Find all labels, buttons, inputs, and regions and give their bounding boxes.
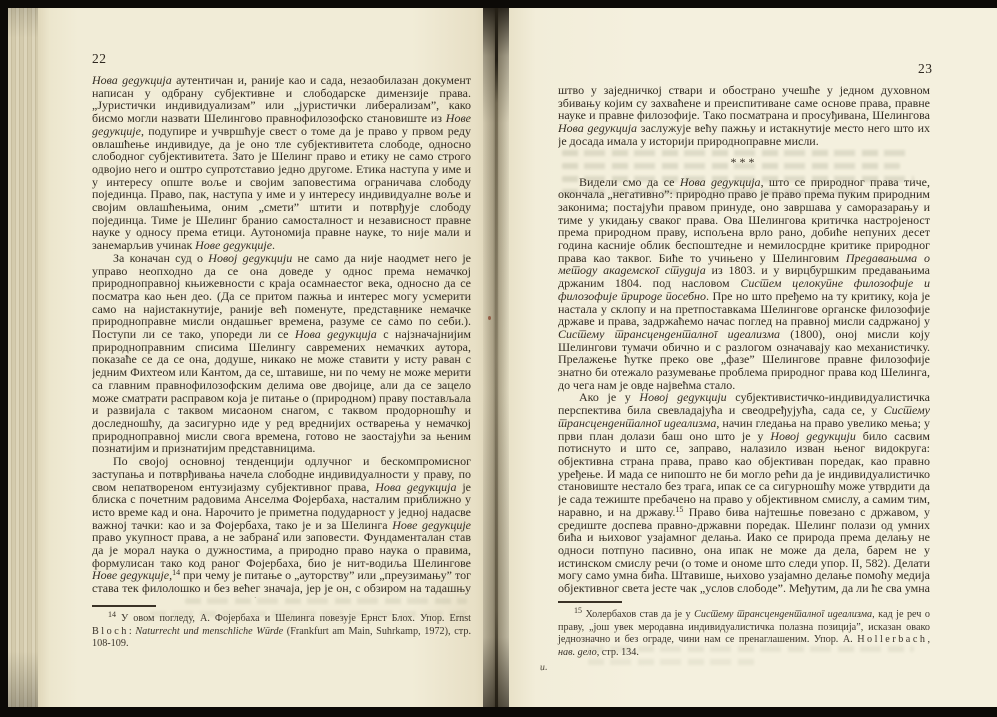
text-run: Право бива најтешње повезано с државом, … bbox=[558, 505, 930, 596]
paragraph: Ако је у Новој дедукцији субјективистичк… bbox=[558, 391, 930, 596]
text-run: с најзначајнијим природноправним списима… bbox=[92, 327, 471, 455]
paragraph: Видели смо да се Нова дедукција, што се … bbox=[558, 176, 930, 392]
footnote-14: 14 У овом погледу, А. Фојербаха и Шелинг… bbox=[92, 613, 471, 651]
footnote-ref: 14 bbox=[172, 568, 180, 577]
paragraph: За коначан суд о Новој дедукцији не само… bbox=[92, 252, 471, 455]
page-22-body: Нова дедукција аутентичан и, раније као … bbox=[92, 74, 471, 598]
text-run: Bloch bbox=[92, 626, 129, 637]
paragraph: Нова дедукција аутентичан и, раније као … bbox=[92, 74, 471, 252]
text-run: Hollerbach bbox=[857, 634, 927, 645]
page-number-left: 22 bbox=[92, 51, 107, 67]
section-separator: *** bbox=[558, 155, 930, 170]
text-run: Naturrecht und menschliche Würde bbox=[135, 626, 283, 637]
page-22-footnote: 14 У овом погледу, А. Фојербаха и Шелинг… bbox=[92, 605, 471, 651]
text-run: нав. дело bbox=[558, 647, 597, 658]
scan-speck bbox=[488, 316, 491, 320]
text-run: Холербахов став да је у bbox=[582, 609, 694, 620]
page-23-footnote: 15 Холербахов став да је у Систему транс… bbox=[558, 601, 930, 659]
page-number-right: 23 bbox=[918, 61, 933, 77]
book-scan: 22 Нова дедукција аутентичан и, раније к… bbox=[0, 0, 997, 717]
text-run: штво у заједничкој ствари и обострано уч… bbox=[558, 84, 930, 122]
text-run: У овом погледу, А. Фојербаха и Шелинга п… bbox=[116, 613, 471, 624]
text-run: , bbox=[927, 634, 930, 645]
footnote-15: 15 Холербахов став да је у Систему транс… bbox=[558, 609, 930, 659]
page-edge-stack bbox=[8, 8, 38, 707]
footnote-ref: 14 bbox=[108, 610, 116, 619]
paragraph: штво у заједничкој ствари и обострано уч… bbox=[558, 84, 930, 148]
text-run: право укупност права, а не забрана̂ или … bbox=[92, 530, 471, 569]
paragraph: По својој основној тенденцији одлучног и… bbox=[92, 455, 471, 598]
page-23-continuation: Видели смо да се Нова дедукција, што се … bbox=[558, 176, 930, 596]
text-run: , подупире и учвршћује свест о томе да ј… bbox=[92, 124, 471, 252]
text-run: , стр. 134. bbox=[597, 647, 639, 658]
margin-mark: и. bbox=[540, 662, 548, 673]
page-23-body: штво у заједничкој ствари и обострано уч… bbox=[558, 84, 930, 596]
footnote-rule bbox=[92, 605, 156, 607]
footnote-rule bbox=[558, 601, 622, 603]
page-23-opening: штво у заједничкој ствари и обострано уч… bbox=[558, 84, 930, 148]
footnote-ref: 15 bbox=[574, 606, 582, 615]
text-run: Систему трансценденталног идеализма bbox=[694, 609, 872, 620]
